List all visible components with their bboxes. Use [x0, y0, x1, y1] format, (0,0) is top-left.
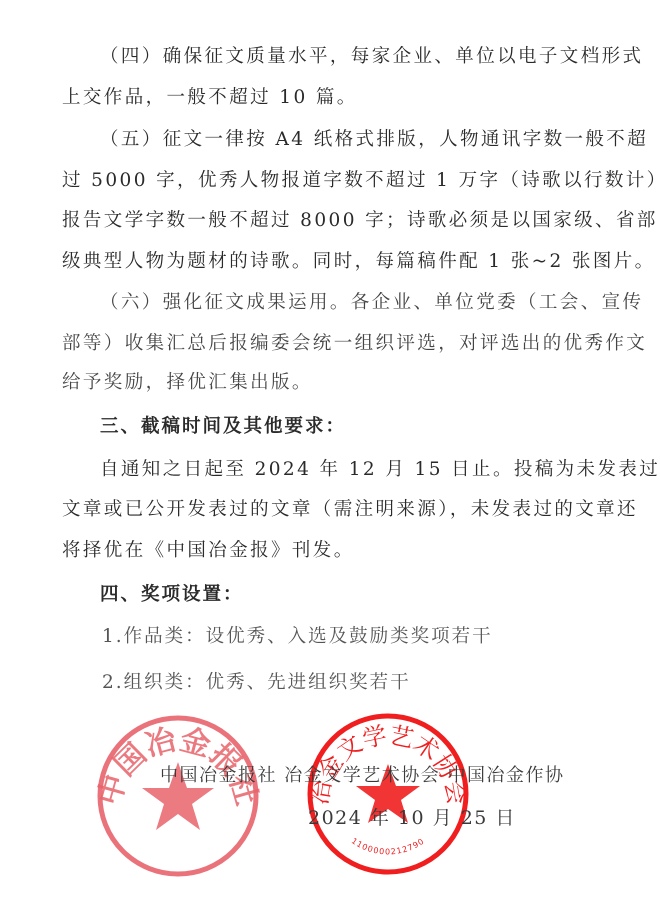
paragraph-4-line-2: 上交作品，一般不超过 10 篇。 [62, 87, 590, 109]
svg-text:1100000212790: 1100000212790 [350, 836, 426, 856]
section-4-heading: 四、奖项设置： [100, 584, 628, 606]
section-3-line-2: 文章或已公开发表过的文章（需注明来源），未发表过的文章还 [62, 499, 590, 521]
paragraph-5-line-4: 级典型人物为题材的诗歌。同时，每篇稿件配 1 张~2 张图片。 [62, 251, 590, 273]
section-3-line-1: 自通知之日起至 2024 年 12 月 15 日止。投稿为未发表过的 [100, 459, 628, 481]
paragraph-4-line-1: （四）确保征文质量水平，每家企业、单位以电子文档形式 [100, 46, 628, 68]
signature-organizations: 中国冶金报社 冶金文学艺术协会 中国冶金作协 [160, 761, 564, 787]
section-3-heading: 三、截稿时间及其他要求： [100, 416, 628, 438]
paragraph-6-line-2: 部等）收集汇总后报编委会统一组织评选，对评选出的优秀作文 [62, 333, 590, 355]
paragraph-5-line-2: 过 5000 字，优秀人物报道字数不超过 1 万字（诗歌以行数计）； [62, 170, 590, 192]
paragraph-5-line-1: （五）征文一律按 A4 纸格式排版，人物通讯字数一般不超 [100, 129, 628, 151]
paragraph-5-line-3: 报告文学字数一般不超过 8000 字；诗歌必须是以国家级、省部 [62, 210, 590, 232]
stamp-metallurgical-literature-art-association: 冶金文学艺术协会 1100000212790 [306, 712, 470, 876]
stamp-china-metallurgical-news: 中国冶金报社 [96, 714, 260, 878]
section-3-line-3: 将择优在《中国冶金报》刊发。 [62, 540, 590, 562]
award-item-organization: 2.组织类：优秀、先进组织奖若干 [102, 672, 630, 694]
award-item-works: 1.作品类：设优秀、入选及鼓励类奖项若干 [102, 626, 630, 648]
signature-date: 2024 年 10 月 25 日 [308, 803, 516, 830]
paragraph-6-line-1: （六）强化征文成果运用。各企业、单位党委（工会、宣传 [100, 292, 628, 314]
paragraph-6-line-3: 给予奖励，择优汇集出版。 [62, 372, 590, 394]
